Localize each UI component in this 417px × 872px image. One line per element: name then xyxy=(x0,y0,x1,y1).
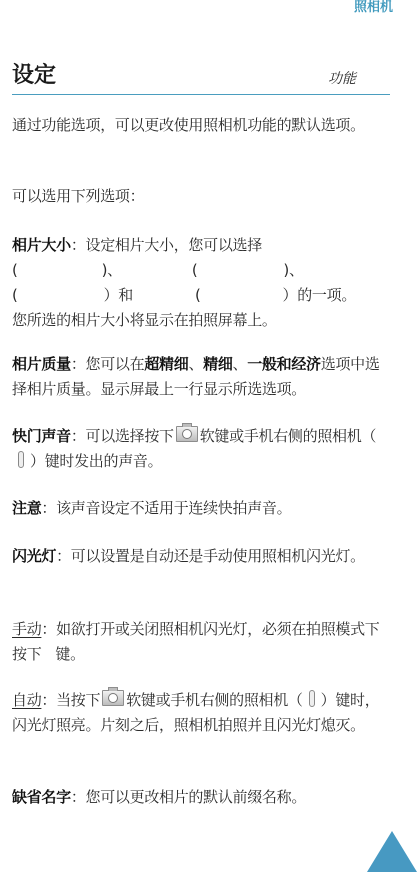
option-text: 软键或手机右侧的照相机（ xyxy=(200,427,376,445)
option-text: 软键或手机右侧的照相机（ xyxy=(126,691,302,709)
option-text: ：设定相片大小，您可以选择 xyxy=(71,236,262,254)
option-photo-quality: 相片质量：您可以在超精细、精细、一般和经济选项中选择相片质量。显示屏最上一行显示… xyxy=(12,352,392,402)
quality-economy: 经济 xyxy=(291,355,320,373)
section-header: 设定 功能 xyxy=(12,60,390,95)
option-label: 闪光灯 xyxy=(12,547,56,565)
option-label: 相片质量 xyxy=(12,355,71,373)
up-triangle-icon[interactable] xyxy=(367,831,417,872)
option-label: 缺省名字 xyxy=(12,788,71,806)
flash-auto: 自动：当按下软键或手机右侧的照相机（）键时，闪光灯照亮。片刻之后，照相机拍照并且… xyxy=(12,688,392,738)
option-label: 手动 xyxy=(12,620,41,638)
option-text: ：可以选择按下 xyxy=(71,427,174,445)
paren: ( xyxy=(192,261,198,279)
intro-paragraph: 通过功能选项，可以更改使用照相机功能的默认选项。 xyxy=(12,113,392,138)
conjunction: 和 xyxy=(277,355,292,373)
option-shutter-sound: 快门声音：可以选择按下软键或手机右侧的照相机（）键时发出的声音。 xyxy=(12,424,392,474)
options-intro: 可以选用下列选项： xyxy=(12,184,392,209)
option-label: 自动 xyxy=(12,691,41,709)
option-text: ：您可以更改相片的默认前缀名称。 xyxy=(71,788,306,806)
option-text: ：可以设置是自动还是手动使用照相机闪光灯。 xyxy=(56,547,365,565)
option-flash: 闪光灯：可以设置是自动还是手动使用照相机闪光灯。 xyxy=(12,544,392,569)
page-title: 设定 xyxy=(12,62,56,90)
paren: ）和 xyxy=(104,286,133,304)
separator: 、 xyxy=(188,355,203,373)
paren: )、 xyxy=(102,261,122,279)
flash-manual: 手动：如欲打开或关闭照相机闪光灯，必须在拍照模式下按下键。 xyxy=(12,617,392,667)
section-subtitle: 功能 xyxy=(328,70,356,88)
option-label: 快门声音 xyxy=(12,427,71,445)
option-text: ）键时发出的声音。 xyxy=(30,452,162,470)
option-label: 相片大小 xyxy=(12,236,71,254)
option-default-name: 缺省名字：您可以更改相片的默认前缀名称。 xyxy=(12,785,392,810)
quality-fine: 精细 xyxy=(203,355,232,373)
quality-normal: 一般 xyxy=(247,355,276,373)
quality-superfine: 超精细 xyxy=(144,355,188,373)
paren: ( xyxy=(12,261,18,279)
note: 注意：该声音设定不适用于连续快拍声音。 xyxy=(12,496,392,521)
paren: )、 xyxy=(283,261,303,279)
note-text: ：该声音设定不适用于连续快拍声音。 xyxy=(41,499,291,517)
paren: ( xyxy=(195,286,201,304)
option-text: ：您可以在 xyxy=(71,355,145,373)
camera-icon xyxy=(102,690,124,706)
side-camera-key-icon xyxy=(18,451,24,468)
paren: ）的一项。 xyxy=(283,286,357,304)
note-label: 注意 xyxy=(12,499,41,517)
side-camera-key-icon xyxy=(309,690,315,707)
option-text: ：当按下 xyxy=(41,691,100,709)
chapter-label: 照相机 xyxy=(354,0,393,16)
option-text: 您所选的相片大小将显示在拍照屏幕上。 xyxy=(12,311,277,329)
separator: 、 xyxy=(233,355,248,373)
option-photo-size: 相片大小：设定相片大小，您可以选择 ()、()、 (）和(）的一项。 您所选的相… xyxy=(12,233,392,333)
paren: ( xyxy=(12,286,18,304)
option-text: 键。 xyxy=(55,645,84,663)
camera-icon xyxy=(176,426,198,442)
